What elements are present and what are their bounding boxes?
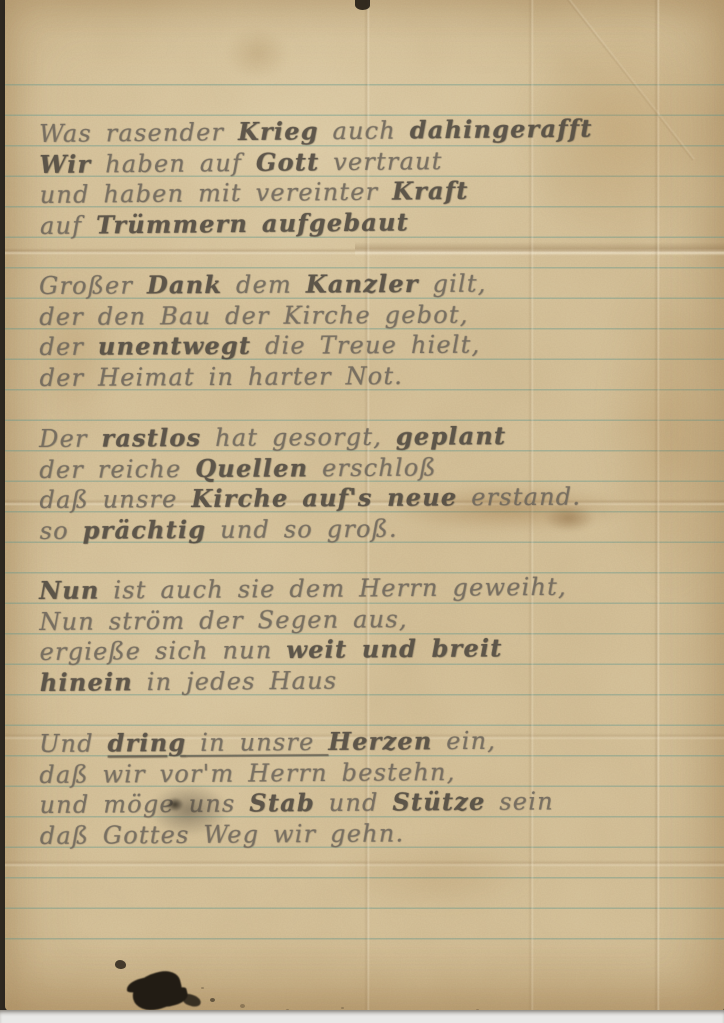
scanner-background xyxy=(0,1010,724,1023)
poem-word: Nun ström der Segen aus, xyxy=(39,605,408,636)
poem-word-emphasis: dring xyxy=(107,728,186,758)
poem-word: dem xyxy=(222,271,306,299)
poem-line: der reiche Quellen erschloß xyxy=(39,451,581,485)
poem-line: auf Trümmern aufgebaut xyxy=(40,205,594,241)
poem-word: Und xyxy=(39,730,108,758)
poem-word: ist auch sie dem Herrn geweiht, xyxy=(99,573,566,605)
poem-word: erschloß xyxy=(308,453,437,482)
poem-word: und möge uns xyxy=(39,790,249,819)
poem-word-emphasis: Kirche xyxy=(191,483,288,513)
poem-word: erstand. xyxy=(457,483,581,512)
paper-sheet: Was rasender Krieg auch dahingerafft Wir… xyxy=(5,0,724,1011)
stanza-2: Großer Dank dem Kanzler gilt, der den Ba… xyxy=(39,269,487,393)
poem-word: Was rasender xyxy=(39,118,238,148)
poem-word-emphasis: Herzen xyxy=(328,726,432,756)
poem-word: und xyxy=(315,789,393,818)
poem-word-emphasis: auf's neue xyxy=(302,482,457,512)
poem-word-emphasis: Kanzler xyxy=(306,269,419,299)
poem-line: Nun ström der Segen aus, xyxy=(39,602,567,637)
poem-word: der xyxy=(39,333,98,361)
stanza-4: Nun ist auch sie dem Herrn geweiht, Nun … xyxy=(39,572,568,698)
poem-word-emphasis: Kraft xyxy=(392,176,469,206)
poem-word-emphasis: Wir xyxy=(39,149,91,178)
poem-word-emphasis: Quellen xyxy=(195,453,308,483)
poem-word: und so groß. xyxy=(206,514,398,543)
poem-word: so xyxy=(40,516,83,544)
stanza-5: Und dring in unsre Herzen ein, daß wir v… xyxy=(39,725,554,851)
poem-word-emphasis: Gott xyxy=(256,147,320,177)
poem-line: so prächtig und so groß. xyxy=(40,512,582,546)
poem-word-emphasis: geplant xyxy=(396,421,507,451)
poem-line: ergieße sich nun weit und breit xyxy=(39,633,567,668)
poem-line: der Heimat in harter Not. xyxy=(39,360,487,393)
poem-word: daß unsre xyxy=(39,485,191,514)
poem-word-emphasis: Dank xyxy=(147,270,222,299)
poem-word-emphasis: Stütze xyxy=(392,787,485,817)
poem-word: sein xyxy=(485,787,553,815)
poem-line: Großer Dank dem Kanzler gilt, xyxy=(39,269,487,302)
poem-line: der den Bau der Kirche gebot, xyxy=(39,299,487,332)
poem-line: daß unsre Kirche auf's neue erstand. xyxy=(39,482,581,516)
poem-word: vertraut xyxy=(319,147,442,176)
poem-text: Was rasender Krieg auch dahingerafft Wir… xyxy=(5,0,724,1011)
poem-line: und möge uns Stab und Stütze sein xyxy=(39,786,553,820)
poem-word-emphasis: Trümmern xyxy=(96,208,248,238)
poem-word: in jedes Haus xyxy=(133,666,338,696)
poem-word xyxy=(248,209,262,237)
document-scan: Was rasender Krieg auch dahingerafft Wir… xyxy=(0,0,724,1023)
poem-word: der Heimat in harter Not. xyxy=(39,362,403,392)
poem-word: auf xyxy=(40,211,96,240)
poem-word: Der xyxy=(39,425,102,453)
stanza-1: Was rasender Krieg auch dahingerafft Wir… xyxy=(39,114,594,241)
poem-word: ergieße sich nun xyxy=(39,636,286,666)
poem-word-emphasis: weit und breit xyxy=(286,633,502,664)
poem-word: hat gesorgt, xyxy=(201,423,396,452)
poem-word-emphasis: prächtig xyxy=(83,514,207,544)
poem-word: in unsre xyxy=(186,728,328,757)
poem-word-emphasis: Stab xyxy=(249,788,315,817)
stanza-3: Der rastlos hat gesorgt, geplant der rei… xyxy=(39,421,581,546)
poem-word xyxy=(288,484,302,512)
poem-line: hinein in jedes Haus xyxy=(40,663,568,698)
poem-line: Und dring in unsre Herzen ein, xyxy=(39,725,553,759)
poem-word-emphasis: Krieg xyxy=(238,116,319,146)
poem-word-emphasis: unentwegt xyxy=(98,331,251,361)
poem-word: die Treue hielt, xyxy=(251,331,480,360)
poem-word-emphasis: Nun xyxy=(39,576,100,605)
poem-word-emphasis: hinein xyxy=(40,667,133,697)
poem-word-emphasis: aufgebaut xyxy=(262,207,409,237)
poem-word: ein, xyxy=(432,727,496,755)
poem-word: auch xyxy=(319,116,410,145)
poem-word-emphasis: rastlos xyxy=(101,423,201,453)
poem-line: Der rastlos hat gesorgt, geplant xyxy=(39,421,581,455)
poem-line: Nun ist auch sie dem Herrn geweiht, xyxy=(39,572,567,607)
poem-word: daß wir vor'm Herrn bestehn, xyxy=(39,758,455,789)
poem-word: Großer xyxy=(39,271,147,300)
poem-word-emphasis: dahingerafft xyxy=(410,114,593,145)
poem-word: haben auf xyxy=(91,148,256,178)
poem-word: und haben mit vereinter xyxy=(40,178,393,209)
poem-line: daß wir vor'm Herrn bestehn, xyxy=(39,756,553,790)
poem-word: gilt, xyxy=(419,270,487,298)
poem-line: der unentwegt die Treue hielt, xyxy=(39,330,487,363)
poem-word: daß Gottes Weg wir gehn. xyxy=(40,819,405,850)
poem-line: daß Gottes Weg wir gehn. xyxy=(40,817,554,851)
poem-word: der den Bau der Kirche gebot, xyxy=(39,300,468,330)
poem-word: der reiche xyxy=(39,455,195,484)
